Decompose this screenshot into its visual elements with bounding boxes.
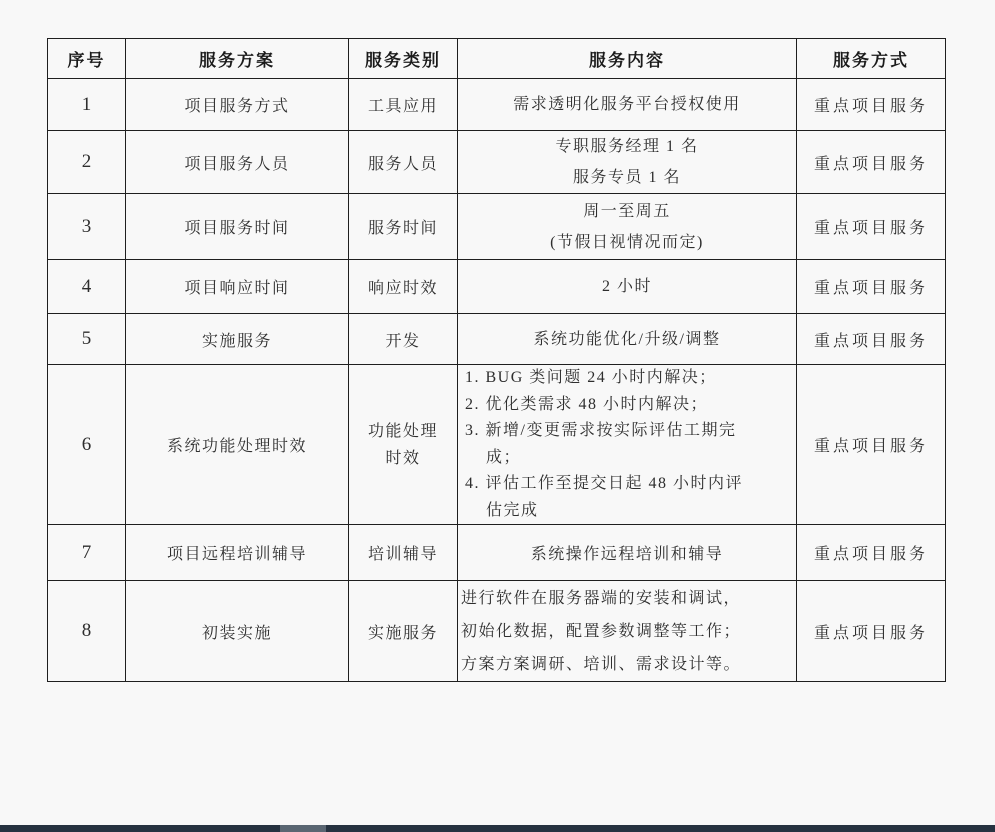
cell-content: 系统功能优化/升级/调整 (458, 314, 797, 365)
col-header-index: 序号 (48, 39, 126, 79)
cell-content: 2 小时 (458, 260, 797, 314)
category-text: 功能处理时效 (364, 418, 442, 472)
content-line: 系统操作远程培训和辅导 (458, 541, 796, 564)
cell-index: 8 (48, 581, 126, 682)
cell-content: 进行软件在服务器端的安装和调试， 初始化数据，配置参数调整等工作； 方案方案调研… (458, 581, 797, 682)
cell-category: 工具应用 (349, 79, 458, 131)
content-line: 2 小时 (458, 271, 796, 302)
cell-index: 4 (48, 260, 126, 314)
document-page: 序号 服务方案 服务类别 服务内容 服务方式 1 项目服务方式 工具应用 需求透… (0, 0, 995, 832)
table-row: 6 系统功能处理时效 功能处理时效 1. BUG 类问题 24 小时内解决； 2… (48, 365, 946, 525)
table-row: 2 项目服务人员 服务人员 专职服务经理 1 名 服务专员 1 名 重点项目服务 (48, 131, 946, 194)
col-header-method: 服务方式 (797, 39, 946, 79)
cell-category: 培训辅导 (349, 525, 458, 581)
content-line: 进行软件在服务器端的安装和调试， (458, 582, 796, 615)
cell-plan: 实施服务 (126, 314, 349, 365)
col-header-plan: 服务方案 (126, 39, 349, 79)
content-list-item: 1. BUG 类问题 24 小时内解决； (465, 365, 757, 392)
cell-method: 重点项目服务 (797, 194, 946, 260)
cell-category: 功能处理时效 (349, 365, 458, 525)
cell-method: 重点项目服务 (797, 525, 946, 581)
cell-plan: 项目服务人员 (126, 131, 349, 194)
cell-index: 5 (48, 314, 126, 365)
content-list-item: 4. 评估工作至提交日起 48 小时内评估完成 (465, 471, 757, 524)
cell-index: 6 (48, 365, 126, 525)
cell-category: 服务人员 (349, 131, 458, 194)
cell-plan: 项目服务时间 (126, 194, 349, 260)
content-line: 服务专员 1 名 (458, 162, 796, 193)
cell-category: 服务时间 (349, 194, 458, 260)
cell-content: 需求透明化服务平台授权使用 (458, 79, 797, 131)
content-list-item: 2. 优化类需求 48 小时内解决； (465, 392, 757, 419)
content-list-item: 3. 新增/变更需求按实际评估工期完成； (465, 418, 757, 471)
cell-index: 1 (48, 79, 126, 131)
col-header-category: 服务类别 (349, 39, 458, 79)
cell-method: 重点项目服务 (797, 260, 946, 314)
col-header-content: 服务内容 (458, 39, 797, 79)
content-line: (节假日视情况而定) (458, 227, 796, 258)
table-row: 3 项目服务时间 服务时间 周一至周五 (节假日视情况而定) 重点项目服务 (48, 194, 946, 260)
cell-content: 1. BUG 类问题 24 小时内解决； 2. 优化类需求 48 小时内解决； … (458, 365, 797, 525)
cell-index: 2 (48, 131, 126, 194)
table-row: 4 项目响应时间 响应时效 2 小时 重点项目服务 (48, 260, 946, 314)
cell-method: 重点项目服务 (797, 581, 946, 682)
content-line: 方案方案调研、培训、需求设计等。 (458, 648, 796, 681)
table-row: 5 实施服务 开发 系统功能优化/升级/调整 重点项目服务 (48, 314, 946, 365)
content-line: 专职服务经理 1 名 (458, 131, 796, 162)
cell-content: 周一至周五 (节假日视情况而定) (458, 194, 797, 260)
table-row: 7 项目远程培训辅导 培训辅导 系统操作远程培训和辅导 重点项目服务 (48, 525, 946, 581)
service-table: 序号 服务方案 服务类别 服务内容 服务方式 1 项目服务方式 工具应用 需求透… (47, 38, 946, 682)
cell-plan: 项目响应时间 (126, 260, 349, 314)
cell-category: 响应时效 (349, 260, 458, 314)
cell-method: 重点项目服务 (797, 365, 946, 525)
table-row: 8 初装实施 实施服务 进行软件在服务器端的安装和调试， 初始化数据，配置参数调… (48, 581, 946, 682)
table-header-row: 序号 服务方案 服务类别 服务内容 服务方式 (48, 39, 946, 79)
cell-content: 专职服务经理 1 名 服务专员 1 名 (458, 131, 797, 194)
table-row: 1 项目服务方式 工具应用 需求透明化服务平台授权使用 重点项目服务 (48, 79, 946, 131)
content-line: 初始化数据，配置参数调整等工作； (458, 615, 796, 648)
cell-method: 重点项目服务 (797, 79, 946, 131)
cell-index: 3 (48, 194, 126, 260)
cell-method: 重点项目服务 (797, 314, 946, 365)
cell-category: 实施服务 (349, 581, 458, 682)
cell-plan: 系统功能处理时效 (126, 365, 349, 525)
cell-category: 开发 (349, 314, 458, 365)
cell-plan: 初装实施 (126, 581, 349, 682)
cell-plan: 项目远程培训辅导 (126, 525, 349, 581)
cell-plan: 项目服务方式 (126, 79, 349, 131)
cell-index: 7 (48, 525, 126, 581)
scrollbar-thumb[interactable] (280, 825, 326, 832)
cell-method: 重点项目服务 (797, 131, 946, 194)
content-line: 周一至周五 (458, 196, 796, 227)
content-line: 系统功能优化/升级/调整 (458, 324, 796, 355)
content-list: 1. BUG 类问题 24 小时内解决； 2. 优化类需求 48 小时内解决； … (465, 365, 757, 524)
horizontal-scrollbar[interactable] (0, 825, 995, 832)
cell-content: 系统操作远程培训和辅导 (458, 525, 797, 581)
content-line: 需求透明化服务平台授权使用 (458, 89, 796, 120)
